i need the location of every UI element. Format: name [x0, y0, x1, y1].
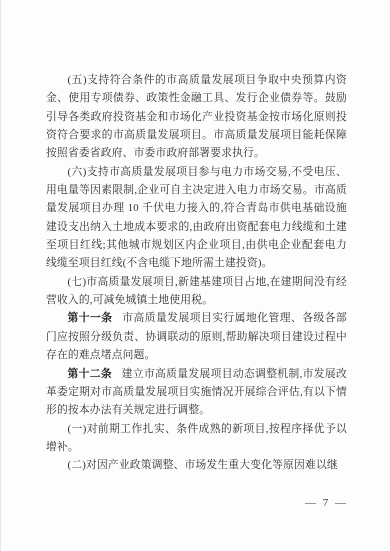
paragraph: (一)对前期工作扎实、条件成熟的新项目,按程序择优予以增补。 [46, 420, 347, 457]
article-heading: 第十一条 [68, 312, 113, 324]
paragraph: (二)对因产业政策调整、市场发生重大变化等原因难以继 [46, 456, 347, 474]
scan-edge-line [0, 0, 1, 551]
paragraph: (六)支持市高质量发展项目参与电力市场交易,不受电压、用电量等因素限制,企业可自… [46, 163, 347, 273]
document-body: (五)支持符合条件的市高质量发展项目争取中央预算内资金、使用专项债券、政策性金融… [46, 71, 347, 475]
paragraph: (五)支持符合条件的市高质量发展项目争取中央预算内资金、使用专项债券、政策性金融… [46, 71, 347, 163]
paragraph-text: (七)市高质量发展项目,新建基建项目占地,在建期间没有经营收入的,可减免城镇土地… [46, 276, 347, 306]
paragraph: 第十一条市高质量发展项目实行属地化管理、各级各部门应按照分级负责、协调联动的原则… [46, 309, 347, 364]
document-page: (五)支持符合条件的市高质量发展项目争取中央预算内资金、使用专项债券、政策性金融… [0, 0, 390, 551]
page-number: — 7 — [305, 497, 348, 509]
paragraph-text: (六)支持市高质量发展项目参与电力市场交易,不受电压、用电量等因素限制,企业可自… [46, 166, 347, 270]
paragraph-text: (五)支持符合条件的市高质量发展项目争取中央预算内资金、使用专项债券、政策性金融… [46, 74, 347, 159]
paragraph-text: (二)对因产业政策调整、市场发生重大变化等原因难以继 [68, 459, 338, 471]
paragraph: 第十二条建立市高质量发展项目动态调整机制,市发展改革委定期对市高质量发展项目实施… [46, 365, 347, 420]
paragraph: (七)市高质量发展项目,新建基建项目占地,在建期间没有经营收入的,可减免城镇土地… [46, 273, 347, 310]
article-heading: 第十二条 [68, 368, 113, 380]
paragraph-text: (一)对前期工作扎实、条件成熟的新项目,按程序择优予以增补。 [46, 423, 347, 453]
